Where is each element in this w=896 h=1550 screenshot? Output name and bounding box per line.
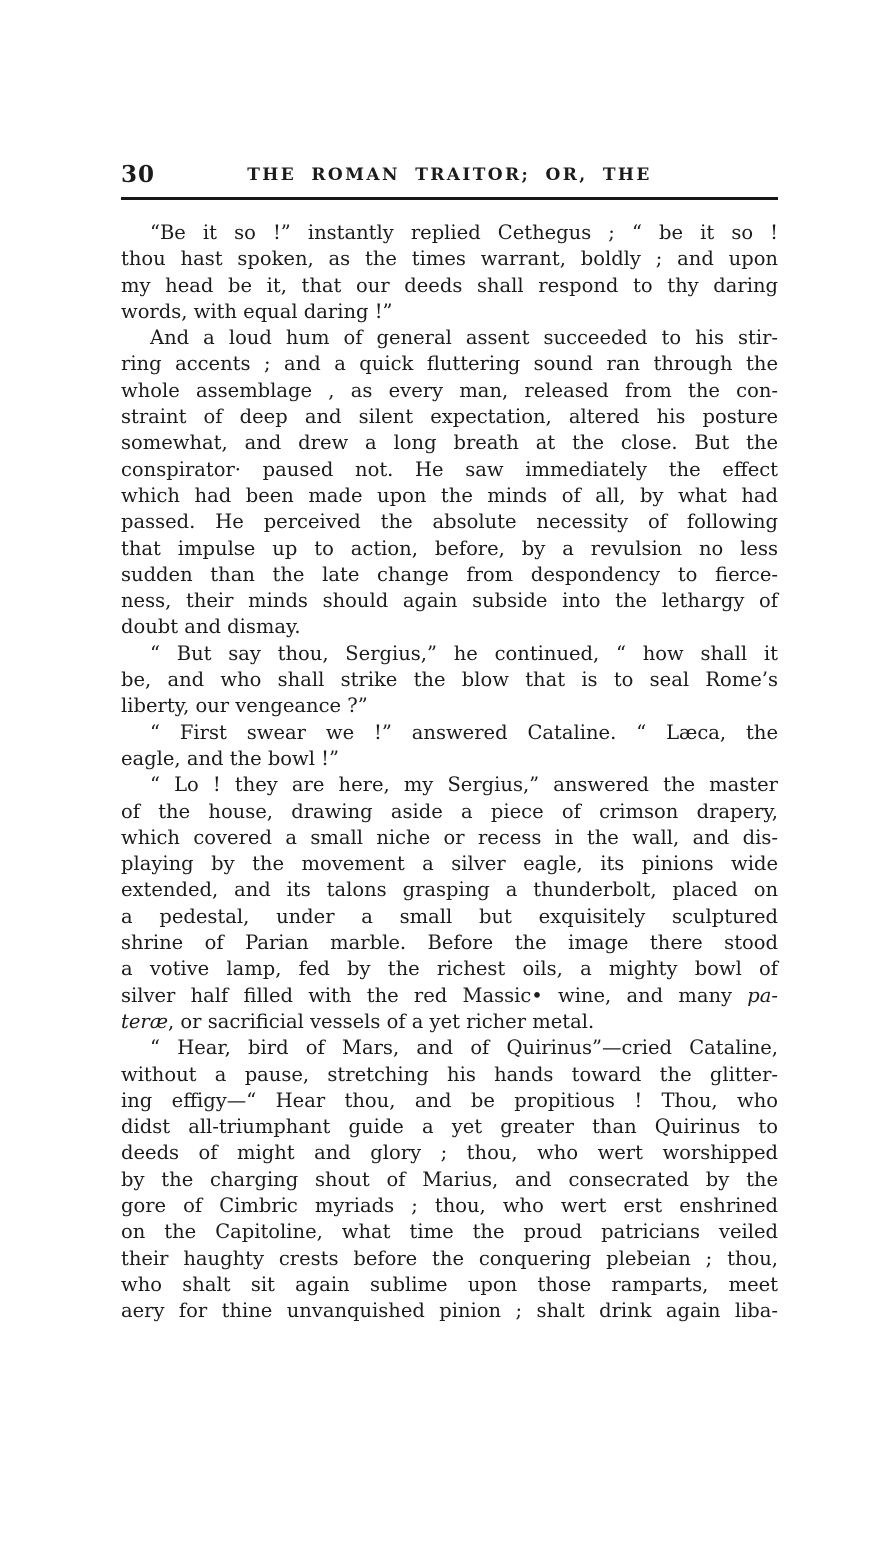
text-line: on the Capitoline, what time the proud p…: [121, 1219, 778, 1245]
text-line: “ Hear, bird of Mars, and of Quirinus”—c…: [121, 1035, 778, 1061]
paragraph: “Be it so !” instantly replied Cethegus …: [121, 220, 778, 325]
text-line: sudden than the late change from despond…: [121, 562, 778, 588]
text-line: that impulse up to action, before, by a …: [121, 536, 778, 562]
page-body: “Be it so !” instantly replied Cethegus …: [121, 220, 778, 1324]
text-line: by the charging shout of Marius, and con…: [121, 1167, 778, 1193]
text-line: be, and who shall strike the blow that i…: [121, 667, 778, 693]
text-line: somewhat, and drew a long breath at the …: [121, 430, 778, 456]
text-line: straint of deep and silent expectation, …: [121, 404, 778, 430]
text-line: And a loud hum of general assent succeed…: [121, 325, 778, 351]
text-line: playing by the movement a silver eagle, …: [121, 851, 778, 877]
paragraph: And a loud hum of general assent succeed…: [121, 325, 778, 641]
text-line: words, with equal daring !”: [121, 299, 778, 325]
text-line: conspirator· paused not. He saw immediat…: [121, 457, 778, 483]
text-line: ring accents ; and a quick fluttering so…: [121, 351, 778, 377]
text-line: their haughty crests before the conqueri…: [121, 1246, 778, 1272]
text-line: silver half filled with the red Massic• …: [121, 983, 778, 1009]
text-line: “ But say thou, Sergius,” he continued, …: [121, 641, 778, 667]
text-line: ing effigy—“ Hear thou, and be propitiou…: [121, 1088, 778, 1114]
text-line: who shalt sit again sublime upon those r…: [121, 1272, 778, 1298]
paragraph: “ Hear, bird of Mars, and of Quirinus”—c…: [121, 1035, 778, 1324]
paragraph: “ Lo ! they are here, my Sergius,” answe…: [121, 772, 778, 1035]
paragraph: “ First swear we !” answered Cataline. “…: [121, 720, 778, 773]
text-line: doubt and dismay.: [121, 614, 778, 640]
text-line: aery for thine unvanquished pinion ; sha…: [121, 1298, 778, 1324]
text-line: my head be it, that our deeds shall resp…: [121, 273, 778, 299]
text-column: 30 THE ROMAN TRAITOR; OR, THE “Be it so …: [121, 161, 778, 1324]
text-line: “Be it so !” instantly replied Cethegus …: [121, 220, 778, 246]
text-line: passed. He perceived the absolute necess…: [121, 509, 778, 535]
text-line: teræ, or sacrificial vessels of a yet ri…: [121, 1009, 778, 1035]
page-header: 30 THE ROMAN TRAITOR; OR, THE: [121, 161, 778, 188]
text-line: eagle, and the bowl !”: [121, 746, 778, 772]
text-line: which had been made upon the minds of al…: [121, 483, 778, 509]
text-line: without a pause, stretching his hands to…: [121, 1062, 778, 1088]
text-line: ness, their minds should again subside i…: [121, 588, 778, 614]
text-line: “ Lo ! they are here, my Sergius,” answe…: [121, 772, 778, 798]
text-line: didst all-triumphant guide a yet greater…: [121, 1114, 778, 1140]
paragraph: “ But say thou, Sergius,” he continued, …: [121, 641, 778, 720]
text-line: deeds of might and glory ; thou, who wer…: [121, 1140, 778, 1166]
book-page: 30 THE ROMAN TRAITOR; OR, THE “Be it so …: [0, 0, 896, 1550]
text-line: extended, and its talons grasping a thun…: [121, 877, 778, 903]
running-title: THE ROMAN TRAITOR; OR, THE: [121, 165, 778, 185]
text-line: thou hast spoken, as the times warrant, …: [121, 246, 778, 272]
text-line: gore of Cimbric myriads ; thou, who wert…: [121, 1193, 778, 1219]
text-line: shrine of Parian marble. Before the imag…: [121, 930, 778, 956]
text-line: “ First swear we !” answered Cataline. “…: [121, 720, 778, 746]
text-line: a pedestal, under a small but exquisitel…: [121, 904, 778, 930]
header-rule: [121, 197, 778, 200]
text-line: whole assemblage , as every man, release…: [121, 378, 778, 404]
text-line: of the house, drawing aside a piece of c…: [121, 799, 778, 825]
text-line: which covered a small niche or recess in…: [121, 825, 778, 851]
text-line: liberty, our vengeance ?”: [121, 693, 778, 719]
text-line: a votive lamp, fed by the richest oils, …: [121, 956, 778, 982]
